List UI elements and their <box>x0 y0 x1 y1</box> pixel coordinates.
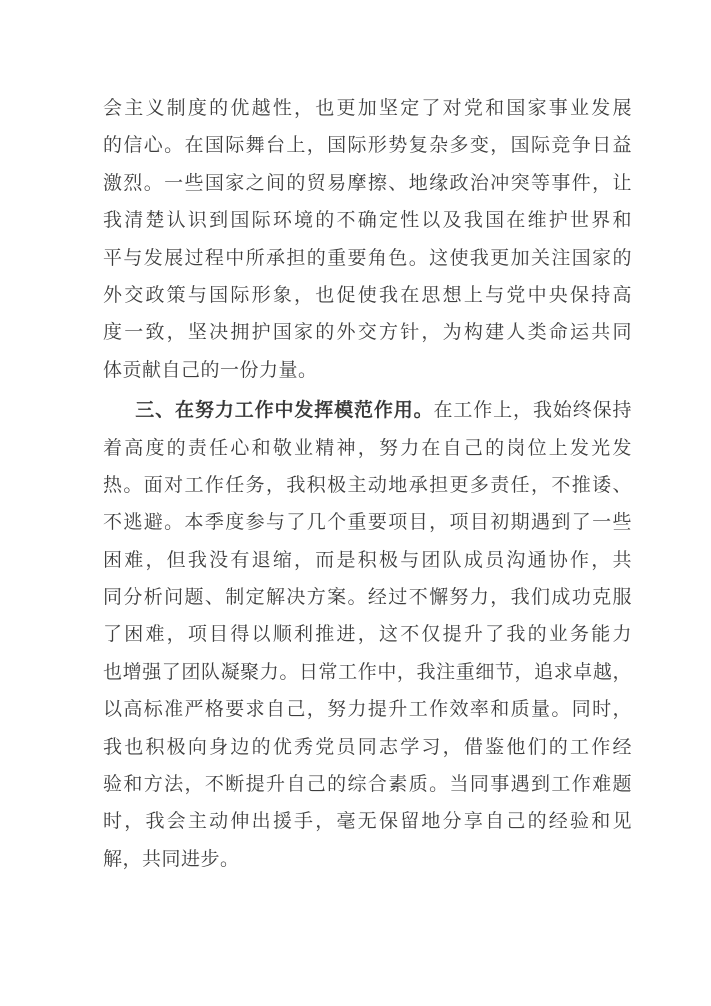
text-line: 的信心。在国际舞台上，国际形势复杂多变，国际竞争日益 <box>103 127 632 164</box>
section-heading: 三、在努力工作中发挥模范作用。 <box>135 400 433 421</box>
text-line: 我清楚认识到国际环境的不确定性以及我国在维护世界和 <box>103 202 632 239</box>
text-line: 我也积极向身边的优秀党员同志学习，借鉴他们的工作经 <box>103 729 632 766</box>
text-line: 体贡献自己的一份力量。 <box>103 352 632 389</box>
section-heading-line: 三、在努力工作中发挥模范作用。在工作上，我始终保持 <box>103 392 632 429</box>
text-line: 也增强了团队凝聚力。日常工作中，我注重细节，追求卓越， <box>103 654 632 691</box>
text-line: 不逃避。本季度参与了几个重要项目，项目初期遇到了一些 <box>103 504 632 541</box>
text-line: 了困难，项目得以顺利推进，这不仅提升了我的业务能力 <box>103 616 632 653</box>
text-line: 时，我会主动伸出援手，毫无保留地分享自己的经验和见 <box>103 803 632 840</box>
paragraph-section-three: 三、在努力工作中发挥模范作用。在工作上，我始终保持 着高度的责任心和敬业精神，努… <box>103 392 632 878</box>
text-line: 平与发展过程中所承担的重要角色。这使我更加关注国家的 <box>103 240 632 277</box>
text-line: 会主义制度的优越性，也更加坚定了对党和国家事业发展 <box>103 90 632 127</box>
text-line: 解，共同进步。 <box>103 841 632 878</box>
text-line: 外交政策与国际形象，也促使我在思想上与党中央保持高 <box>103 277 632 314</box>
text-line: 困难，但我没有退缩，而是积极与团队成员沟通协作，共 <box>103 542 632 579</box>
section-heading-rest: 在工作上，我始终保持 <box>434 400 632 421</box>
text-line: 同分析问题、制定解决方案。经过不懈努力，我们成功克服 <box>103 579 632 616</box>
text-line: 度一致，坚决拥护国家的外交方针，为构建人类命运共同 <box>103 314 632 351</box>
text-line: 激烈。一些国家之间的贸易摩擦、地缘政治冲突等事件，让 <box>103 165 632 202</box>
text-line: 以高标准严格要求自己，努力提升工作效率和质量。同时， <box>103 691 632 728</box>
paragraph-continuation: 会主义制度的优越性，也更加坚定了对党和国家事业发展 的信心。在国际舞台上，国际形… <box>103 90 632 389</box>
text-line: 着高度的责任心和敬业精神，努力在自己的岗位上发光发 <box>103 430 632 467</box>
text-line: 热。面对工作任务，我积极主动地承担更多责任，不推诿、 <box>103 467 632 504</box>
document-page: 会主义制度的优越性，也更加坚定了对党和国家事业发展 的信心。在国际舞台上，国际形… <box>0 0 711 1006</box>
text-line: 验和方法，不断提升自己的综合素质。当同事遇到工作难题 <box>103 766 632 803</box>
